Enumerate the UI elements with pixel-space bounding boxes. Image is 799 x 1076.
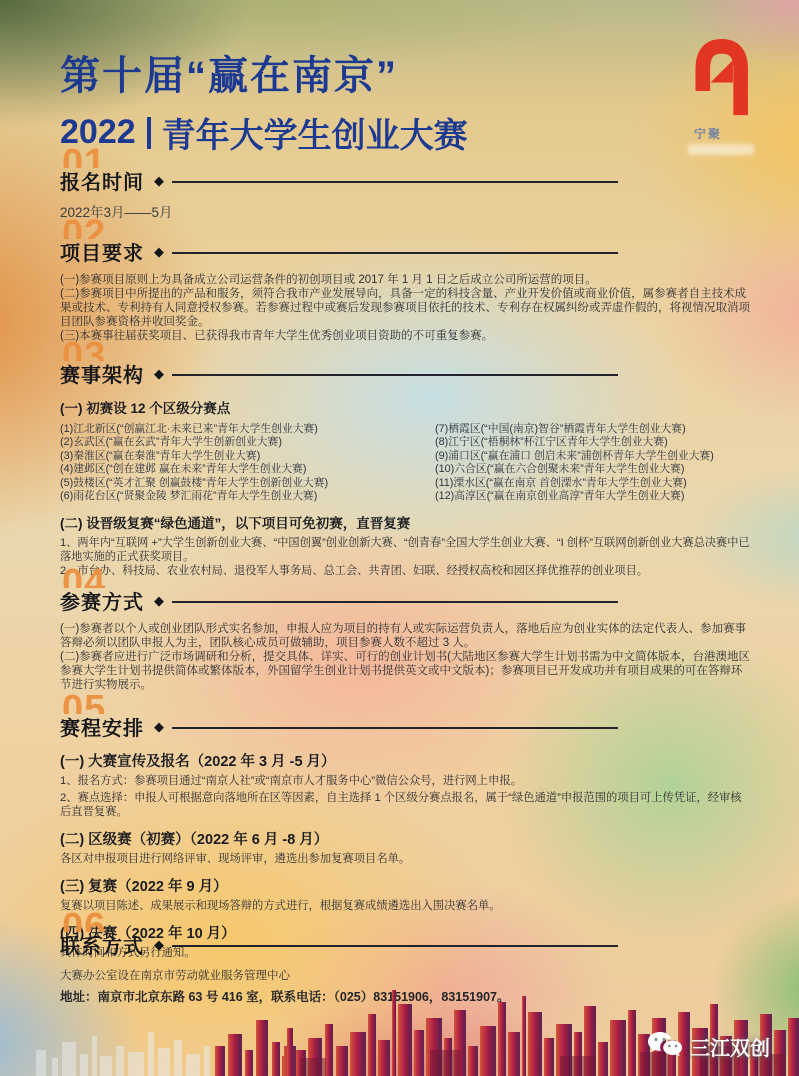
- stage-heading: (一) 大赛宣传及报名（2022 年 3 月 -5 月）: [60, 750, 752, 771]
- poster-title-year: 2022: [60, 113, 136, 152]
- section-header: 04 参赛方式 ◆: [60, 586, 618, 615]
- ningju-logo-label: 宁聚: [694, 125, 760, 142]
- green-channel-item: 2、市台办、科技局、农业农村局、退役军人事务局、总工会、共青团、妇联、经授权高校…: [60, 564, 752, 578]
- venue-column-right: (7)栖霞区(“中国(南京)智谷”栖霞青年大学生创业大赛) (8)江宁区(“梧桐…: [435, 423, 752, 503]
- venue-item: (8)江宁区(“梧桐林”杯江宁区青年大学生创业大赛): [435, 436, 752, 449]
- stage-heading: (三) 复赛（2022 年 9 月）: [60, 875, 752, 896]
- poster-title-line1: 第十届“赢在南京”: [60, 44, 468, 101]
- section-title: 报名时间: [60, 166, 144, 195]
- requirement-item: (三)本赛事往届获奖项目、已获得我市青年大学生优秀创业项目资助的不可重复参赛。: [60, 329, 752, 343]
- section-title: 赛程安排: [60, 712, 144, 741]
- section-number: 02: [62, 215, 106, 239]
- section-body: (一)参赛者以个人或创业团队形式实名参加，申报人应为项目的持有人或实际运营负责人…: [60, 622, 752, 692]
- section-title: 参赛方式: [60, 586, 144, 615]
- header-rule: [172, 601, 618, 603]
- wechat-icon: [646, 1030, 684, 1062]
- header-rule: [172, 252, 618, 254]
- logo-watermark: [688, 144, 754, 155]
- diamond-icon: ◆: [154, 244, 164, 260]
- competition-poster: 第十届“赢在南京” 2022 青年大学生创业大赛 宁聚 01 报名时间 ◆ 20…: [0, 0, 799, 1076]
- section-title: 联系方式: [60, 930, 144, 959]
- section-project-requirements: 02 项目要求 ◆ (一)参赛项目原则上为具备成立公司运营条件的初创项目或 20…: [60, 237, 752, 343]
- contact-office: 大赛办公室设在南京市劳动就业服务管理中心: [60, 967, 752, 983]
- section-competition-structure: 03 赛事架构 ◆ (一) 初赛设 12 个区级分赛点 (1)江北新区(“创赢江…: [60, 359, 752, 578]
- venue-item: (5)鼓楼区(“英才汇聚 创赢鼓楼”青年大学生创新创业大赛): [60, 477, 435, 490]
- green-channel-item: 1、两年内“互联网 +”大学生创新创业大赛、“中国创翼”创业创新大赛、“创青春”…: [60, 536, 752, 564]
- venue-item: (10)六合区(“赢在六合创聚未来”青年大学生创业大赛): [435, 463, 752, 476]
- header-rule: [172, 181, 618, 183]
- section-number: 03: [62, 337, 106, 361]
- section-header: 06 联系方式 ◆: [60, 930, 618, 959]
- section-header: 01 报名时间 ◆: [60, 166, 618, 195]
- title-divider: [147, 117, 151, 149]
- venue-item: (6)雨花台区(“贤聚金陵 梦汇雨花”青年大学生创业大赛): [60, 490, 435, 503]
- section-number: 05: [62, 690, 106, 714]
- green-channel-heading: (二) 设晋级复赛“绿色通道”，以下项目可免初赛，直晋复赛: [60, 512, 752, 532]
- ningju-logo: 宁聚: [682, 36, 760, 155]
- venue-item: (12)高淳区(“赢在南京创业高淳”青年大学生创业大赛): [435, 490, 752, 503]
- diamond-icon: ◆: [154, 366, 164, 382]
- venue-item: (11)溧水区(“赢在南京 首创溧水”青年大学生创业大赛): [435, 477, 752, 490]
- venue-column-left: (1)江北新区(“创赢江北·未来已来”青年大学生创业大赛) (2)玄武区(“赢在…: [60, 423, 435, 503]
- requirement-item: (一)参赛项目原则上为具备成立公司运营条件的初创项目或 2017 年 1 月 1…: [60, 273, 752, 287]
- section-header: 02 项目要求 ◆: [60, 237, 618, 266]
- participation-item: (一)参赛者以个人或创业团队形式实名参加，申报人应为项目的持有人或实际运营负责人…: [60, 622, 752, 650]
- section-title: 赛事架构: [60, 359, 144, 388]
- signup-period: 2022年3月——5月: [60, 201, 752, 221]
- venue-item: (3)秦淮区(“赢在秦淮”青年大学生创业大赛): [60, 450, 435, 463]
- header-rule: [172, 374, 618, 376]
- section-number: 06: [62, 908, 106, 932]
- green-channel-body: 1、两年内“互联网 +”大学生创新创业大赛、“中国创翼”创业创新大赛、“创青春”…: [60, 536, 752, 578]
- stage-detail: 2、赛点选择：申报人可根据意向落地所在区等因素，自主选择 1 个区级分赛点报名，…: [60, 791, 752, 819]
- section-body: (一)参赛项目原则上为具备成立公司运营条件的初创项目或 2017 年 1 月 1…: [60, 273, 752, 343]
- venue-item: (7)栖霞区(“中国(南京)智谷”栖霞青年大学生创业大赛): [435, 423, 752, 436]
- poster-title-line2: 2022 青年大学生创业大赛: [60, 108, 468, 157]
- ningju-logo-icon: [682, 36, 758, 122]
- wechat-account-badge: 三江双创: [646, 1030, 770, 1062]
- venue-item: (9)浦口区(“赢在浦口 创启未来”浦创杯青年大学生创业大赛): [435, 450, 752, 463]
- section-signup-time: 01 报名时间 ◆ 2022年3月——5月: [60, 166, 752, 221]
- stage-heading: (二) 区级赛（初赛）（2022 年 6 月 -8 月）: [60, 828, 752, 849]
- section-schedule: 05 赛程安排 ◆ (一) 大赛宣传及报名（2022 年 3 月 -5 月） 1…: [60, 712, 752, 960]
- wechat-account-name: 三江双创: [690, 1032, 770, 1061]
- header-rule: [172, 945, 618, 947]
- section-number: 04: [62, 564, 106, 588]
- section-participation-method: 04 参赛方式 ◆ (一)参赛者以个人或创业团队形式实名参加，申报人应为项目的持…: [60, 586, 752, 692]
- stage-detail: 各区对申报项目进行网络评审、现场评审，遴选出参加复赛项目名单。: [60, 852, 752, 866]
- venue-list: (1)江北新区(“创赢江北·未来已来”青年大学生创业大赛) (2)玄武区(“赢在…: [60, 423, 752, 503]
- section-title: 项目要求: [60, 237, 144, 266]
- participation-item: (二)参赛者应进行广泛市场调研和分析，提交具体、详实、可行的创业计划书(大陆地区…: [60, 650, 752, 692]
- section-header: 05 赛程安排 ◆: [60, 712, 618, 741]
- stage-detail: 复赛以项目陈述、成果展示和现场答辩的方式进行，根据复赛成绩遴选出入围决赛名单。: [60, 899, 752, 913]
- diamond-icon: ◆: [154, 173, 164, 189]
- preliminary-venues-heading: (一) 初赛设 12 个区级分赛点: [60, 397, 752, 417]
- venue-item: (1)江北新区(“创赢江北·未来已来”青年大学生创业大赛): [60, 423, 435, 436]
- section-header: 03 赛事架构 ◆: [60, 359, 618, 388]
- diamond-icon: ◆: [154, 719, 164, 735]
- diamond-icon: ◆: [154, 937, 164, 953]
- venue-item: (2)玄武区(“赢在玄武”青年大学生创新创业大赛): [60, 436, 435, 449]
- stage-detail: 1、报名方式：参赛项目通过“南京人社”或“南京市人才服务中心”微信公众号，进行网…: [60, 774, 752, 788]
- poster-title-block: 第十届“赢在南京” 2022 青年大学生创业大赛: [60, 44, 468, 157]
- diamond-icon: ◆: [154, 593, 164, 609]
- requirement-item: (二)参赛项目中所提出的产品和服务，须符合我市产业发展导向，具备一定的科技含量、…: [60, 287, 752, 329]
- venue-item: (4)建邺区(“创在建邺 赢在未来”青年大学生创业大赛): [60, 463, 435, 476]
- poster-title-subtitle: 青年大学生创业大赛: [162, 108, 468, 157]
- header-rule: [172, 727, 618, 729]
